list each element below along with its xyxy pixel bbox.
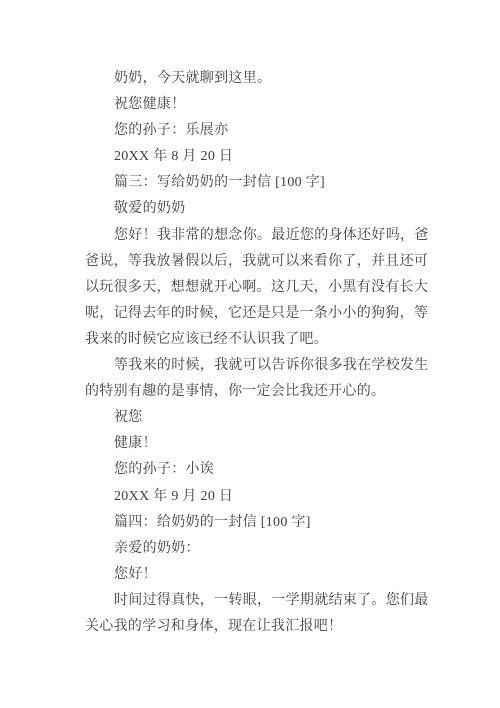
text-line: 您的孙子：小诶 (85, 457, 421, 483)
text-line: 爸说，等我放暑假以后，我就可以来看你了，并且还可 (85, 249, 421, 275)
document-page: 奶奶，今天就聊到这里。祝您健康！您的孙子：乐展亦20XX 年 8 月 20 日篇… (0, 0, 500, 708)
text-line: 时间过得真快，一转眼，一学期就结束了。您们最 (85, 588, 421, 614)
text-line: 健康！ (85, 431, 421, 457)
text-line: 奶奶，今天就聊到这里。 (85, 66, 421, 92)
text-line: 以玩很多天，想想就开心啊。这几天，小黑有没有长大 (85, 275, 421, 301)
text-line: 关心我的学习和身体，现在让我汇报吧！ (85, 614, 421, 640)
text-line: 您的孙子：乐展亦 (85, 118, 421, 144)
text-line: 您好！我非常的想念你。最近您的身体还好吗，爸 (85, 223, 421, 249)
text-line: 篇三：写给奶奶的一封信 [100 字] (85, 170, 421, 196)
text-line: 的特别有趣的是事情，你一定会比我还开心的。 (85, 379, 421, 405)
text-line: 等我来的时候，我就可以告诉你很多我在学校发生 (85, 353, 421, 379)
text-line: 20XX 年 8 月 20 日 (85, 144, 421, 170)
text-line: 20XX 年 9 月 20 日 (85, 484, 421, 510)
text-line: 我来的时候它应该已经不认识我了吧。 (85, 327, 421, 353)
text-line: 您好！ (85, 562, 421, 588)
text-line: 祝您 (85, 405, 421, 431)
text-line: 呢，记得去年的时候，它还是只是一条小小的狗狗，等 (85, 301, 421, 327)
text-line: 亲爱的奶奶： (85, 536, 421, 562)
text-line: 敬爱的奶奶 (85, 196, 421, 222)
text-line: 祝您健康！ (85, 92, 421, 118)
document-content: 奶奶，今天就聊到这里。祝您健康！您的孙子：乐展亦20XX 年 8 月 20 日篇… (85, 66, 421, 640)
text-line: 篇四：给奶奶的一封信 [100 字] (85, 510, 421, 536)
